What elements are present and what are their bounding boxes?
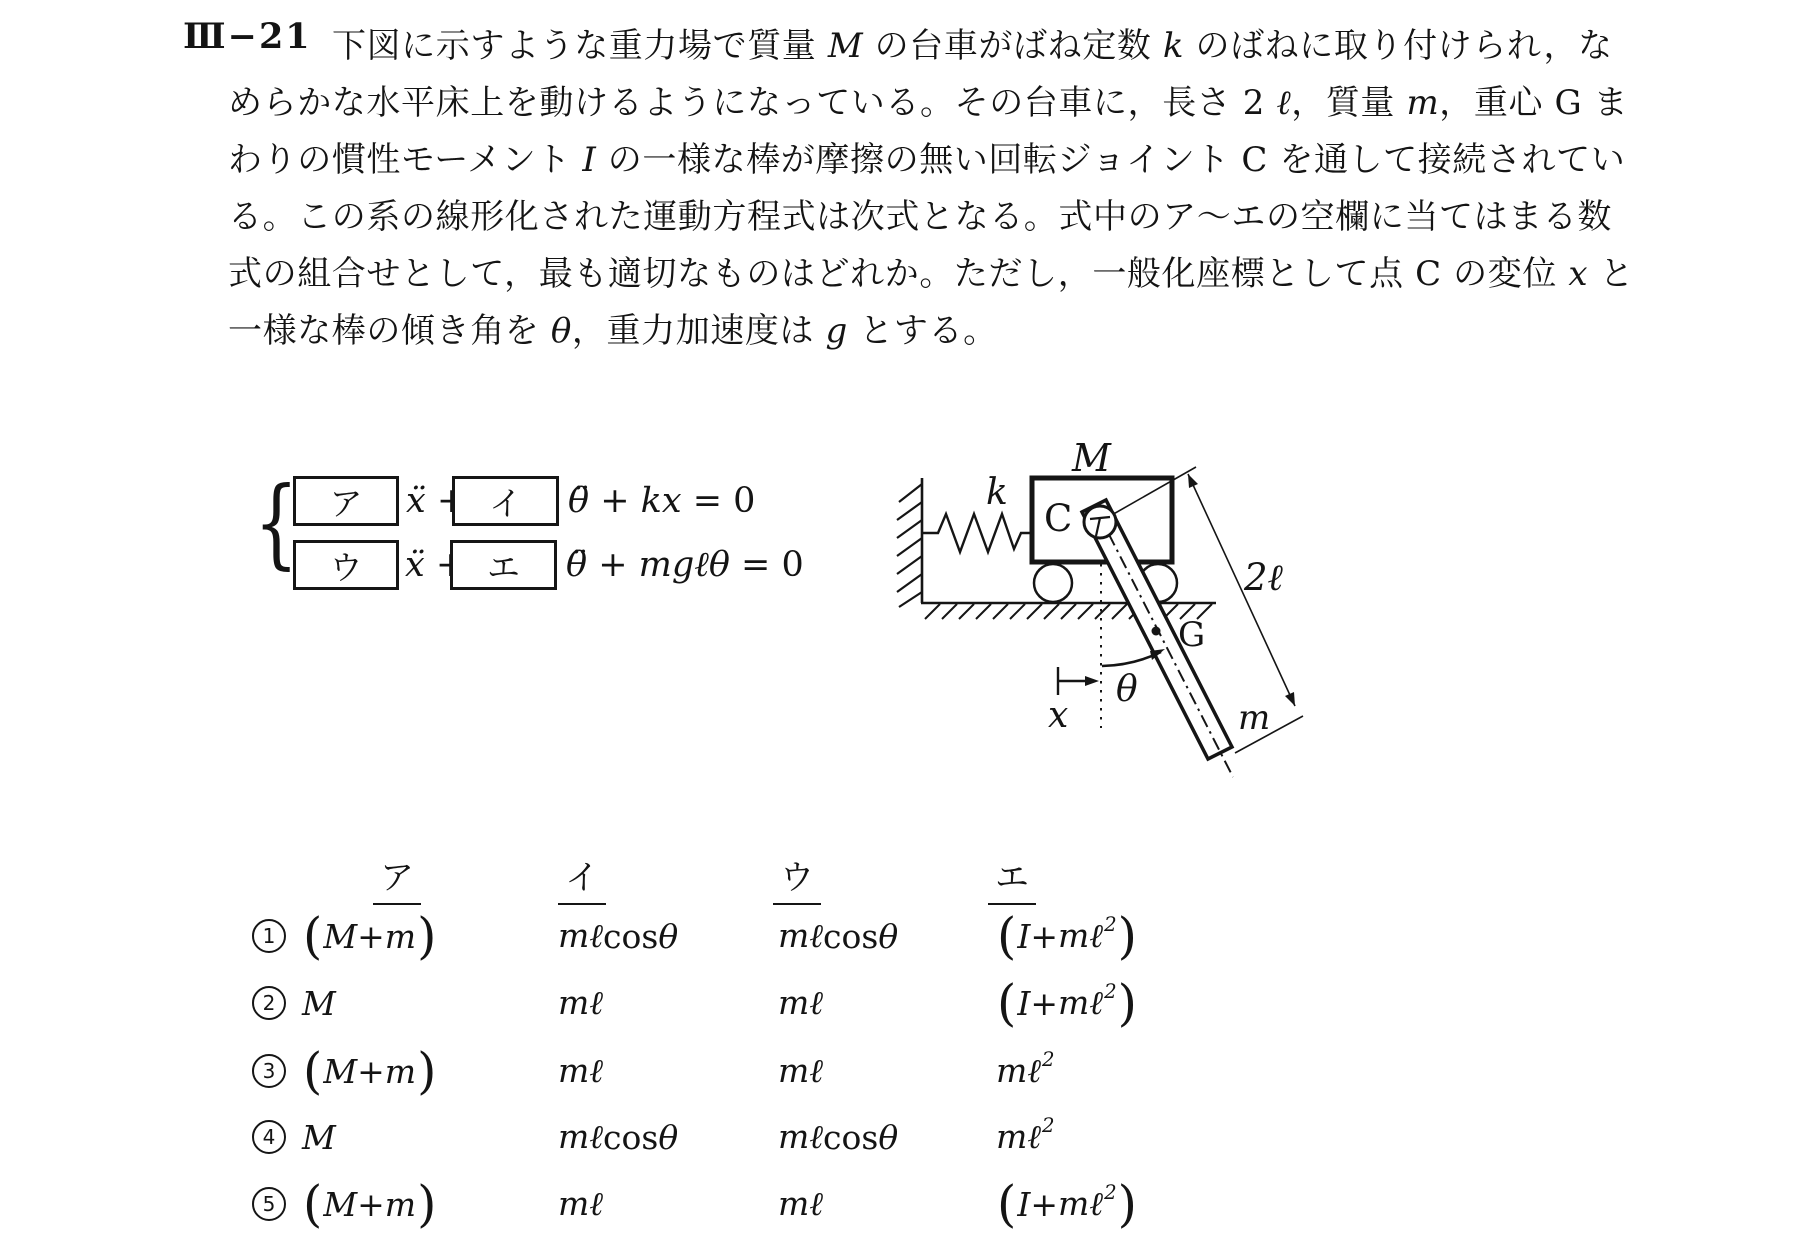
choice-2-value-i: mℓ	[558, 975, 603, 1031]
problem-line-1: 下図に示すような重力場で質量 M の台車がばね定数 k のばねに取り付けられ，な	[332, 18, 1613, 67]
blank-box-a: ア	[293, 476, 399, 526]
choice-row-2: 2 M mℓ mℓ (I + mℓ2)	[0, 975, 1804, 1031]
system-brace: {	[254, 462, 298, 583]
wall-hatching	[897, 484, 922, 607]
joint-label: C	[1044, 497, 1072, 540]
center-of-gravity-dot	[1152, 627, 1161, 636]
exam-page: Ⅲ−21 下図に示すような重力場で質量 M の台車がばね定数 k のばねに取り付…	[0, 0, 1804, 1246]
choice-row-4: 4 M mℓ cos θ mℓ cos θ mℓ2	[0, 1109, 1804, 1165]
choice-1-value-a: (M + m)	[302, 908, 437, 964]
equation-2-tail: θ̈ + mgℓθ = 0	[566, 545, 804, 585]
choice-3-value-i: mℓ	[558, 1043, 603, 1099]
rod-length-label: 2ℓ	[1243, 556, 1284, 599]
choice-1-value-e: (I + mℓ2)	[996, 908, 1138, 964]
rod-mass-label: m	[1238, 698, 1270, 738]
problem-line-4: る。この系の線形化された運動方程式は次式となる。式中のア〜エの空欄に当てはまる数	[228, 189, 1612, 238]
dimension-arrowhead-bottom	[1285, 692, 1295, 706]
displacement-label: x	[1048, 695, 1068, 736]
choice-3-value-e: mℓ2	[996, 1043, 1055, 1099]
choice-1-value-i: mℓ cos θ	[558, 908, 678, 964]
column-header-e: エ	[988, 850, 1036, 905]
column-header-a: ア	[373, 850, 421, 905]
dimension-arrowhead-top	[1188, 474, 1198, 488]
tilt-angle-label: θ	[1116, 669, 1138, 710]
problem-number: Ⅲ−21	[183, 16, 312, 57]
choice-5-value-u: mℓ	[778, 1176, 823, 1232]
choice-number: 3	[252, 1043, 286, 1099]
choice-number: 1	[252, 908, 286, 964]
cart-wheel-left	[1034, 564, 1072, 602]
blank-box-i: イ	[452, 476, 559, 526]
choice-1-value-u: mℓ cos θ	[778, 908, 898, 964]
x-arrowhead	[1085, 676, 1099, 686]
choice-4-value-a: M	[302, 1109, 336, 1165]
choice-4-value-e: mℓ2	[996, 1109, 1055, 1165]
equation-1-tail: θ̈ + kx = 0	[568, 481, 755, 521]
problem-line-2: めらかな水平床上を動けるようになっている。その台車に，長さ 2 ℓ，質量 m，重…	[228, 75, 1628, 124]
floor-hatching	[925, 604, 1212, 619]
choice-5-value-a: (M + m)	[302, 1176, 437, 1232]
blank-box-e: エ	[450, 540, 557, 590]
choice-row-3: 3 (M + m) mℓ mℓ mℓ2	[0, 1043, 1804, 1099]
choice-5-value-i: mℓ	[558, 1176, 603, 1232]
choice-2-value-u: mℓ	[778, 975, 823, 1031]
choice-2-value-a: M	[302, 975, 336, 1031]
spring	[922, 514, 1032, 552]
choice-row-1: 1 (M + m) mℓ cos θ mℓ cos θ (I + mℓ2)	[0, 908, 1804, 964]
problem-line-5: 式の組合せとして，最も適切なものはどれか。ただし，一般化座標として点 C の変位…	[228, 246, 1634, 295]
blank-box-u: ウ	[293, 540, 399, 590]
choice-number: 5	[252, 1176, 286, 1232]
column-header-i: イ	[558, 850, 606, 905]
problem-line-6: 一様な棒の傾き角を θ，重力加速度は g とする。	[228, 303, 998, 352]
center-of-gravity-label: G	[1178, 615, 1205, 655]
choice-3-value-u: mℓ	[778, 1043, 823, 1099]
problem-line-3: わりの慣性モーメント I の一様な棒が摩擦の無い回転ジョイント C を通して接続…	[228, 132, 1625, 181]
choice-5-value-e: (I + mℓ2)	[996, 1176, 1138, 1232]
choice-number: 2	[252, 975, 286, 1031]
choice-row-5: 5 (M + m) mℓ mℓ (I + mℓ2)	[0, 1176, 1804, 1232]
choice-number: 4	[252, 1109, 286, 1165]
spring-constant-label: k	[986, 472, 1008, 513]
system-diagram: M k C G 2ℓ m x θ	[878, 435, 1348, 805]
choice-2-value-e: (I + mℓ2)	[996, 975, 1138, 1031]
choice-4-value-i: mℓ cos θ	[558, 1109, 678, 1165]
choice-3-value-a: (M + m)	[302, 1043, 437, 1099]
cart-mass-label: M	[1071, 436, 1112, 480]
choice-4-value-u: mℓ cos θ	[778, 1109, 898, 1165]
column-header-u: ウ	[773, 850, 821, 905]
